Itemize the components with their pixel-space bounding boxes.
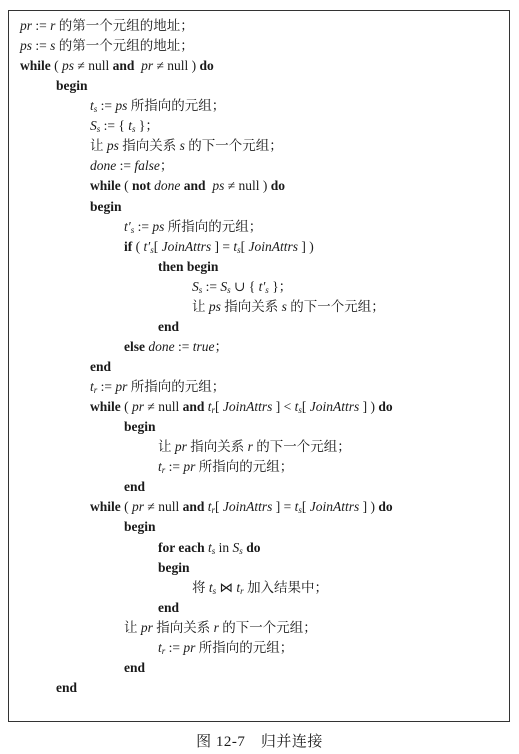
code-line: end: [158, 317, 179, 337]
code-line: begin: [158, 558, 190, 578]
code-line: while ( not done and ps ≠ null ) do: [90, 176, 285, 196]
code-line: done := false；: [90, 156, 173, 176]
code-line: if ( t′s[ JoinAttrs ] = ts[ JoinAttrs ] …: [124, 237, 314, 257]
code-line: for each ts in Ss do: [158, 538, 260, 558]
algorithm-box: [8, 10, 510, 722]
code-line: end: [124, 477, 145, 497]
code-line: Ss := { ts }；: [90, 116, 159, 136]
code-line: tr := pr 所指向的元组；: [158, 457, 293, 477]
code-line: begin: [124, 417, 156, 437]
code-line: else done := true；: [124, 337, 228, 357]
figure-caption: 图 12-7 归并连接: [0, 730, 519, 751]
code-line: while ( ps ≠ null and pr ≠ null ) do: [20, 56, 214, 76]
code-line: tr := pr 所指向的元组；: [158, 638, 293, 658]
code-line: t′s := ps 所指向的元组；: [124, 217, 262, 237]
code-line: ts := ps 所指向的元组；: [90, 96, 225, 116]
code-line: then begin: [158, 257, 218, 277]
code-line: begin: [124, 517, 156, 537]
code-line: while ( pr ≠ null and tr[ JoinAttrs ] < …: [90, 397, 393, 417]
code-line: begin: [90, 197, 122, 217]
code-line: end: [124, 658, 145, 678]
code-line: begin: [56, 76, 88, 96]
code-line: ps := s 的第一个元组的地址；: [20, 36, 194, 56]
code-line: while ( pr ≠ null and tr[ JoinAttrs ] = …: [90, 497, 393, 517]
code-line: tr := pr 所指向的元组；: [90, 377, 225, 397]
code-line: 将 ts ⋈ tr 加入结果中；: [192, 578, 328, 598]
code-line: end: [56, 678, 77, 698]
code-line: Ss := Ss ∪ { t′s }；: [192, 277, 292, 297]
code-line: end: [158, 598, 179, 618]
code-line: 让 pr 指向关系 r 的下一个元组；: [158, 437, 351, 457]
code-line: pr := r 的第一个元组的地址；: [20, 16, 194, 36]
code-line: 让 ps 指向关系 s 的下一个元组；: [90, 136, 283, 156]
code-line: end: [90, 357, 111, 377]
code-line: 让 ps 指向关系 s 的下一个元组；: [192, 297, 385, 317]
code-line: 让 pr 指向关系 r 的下一个元组；: [124, 618, 317, 638]
